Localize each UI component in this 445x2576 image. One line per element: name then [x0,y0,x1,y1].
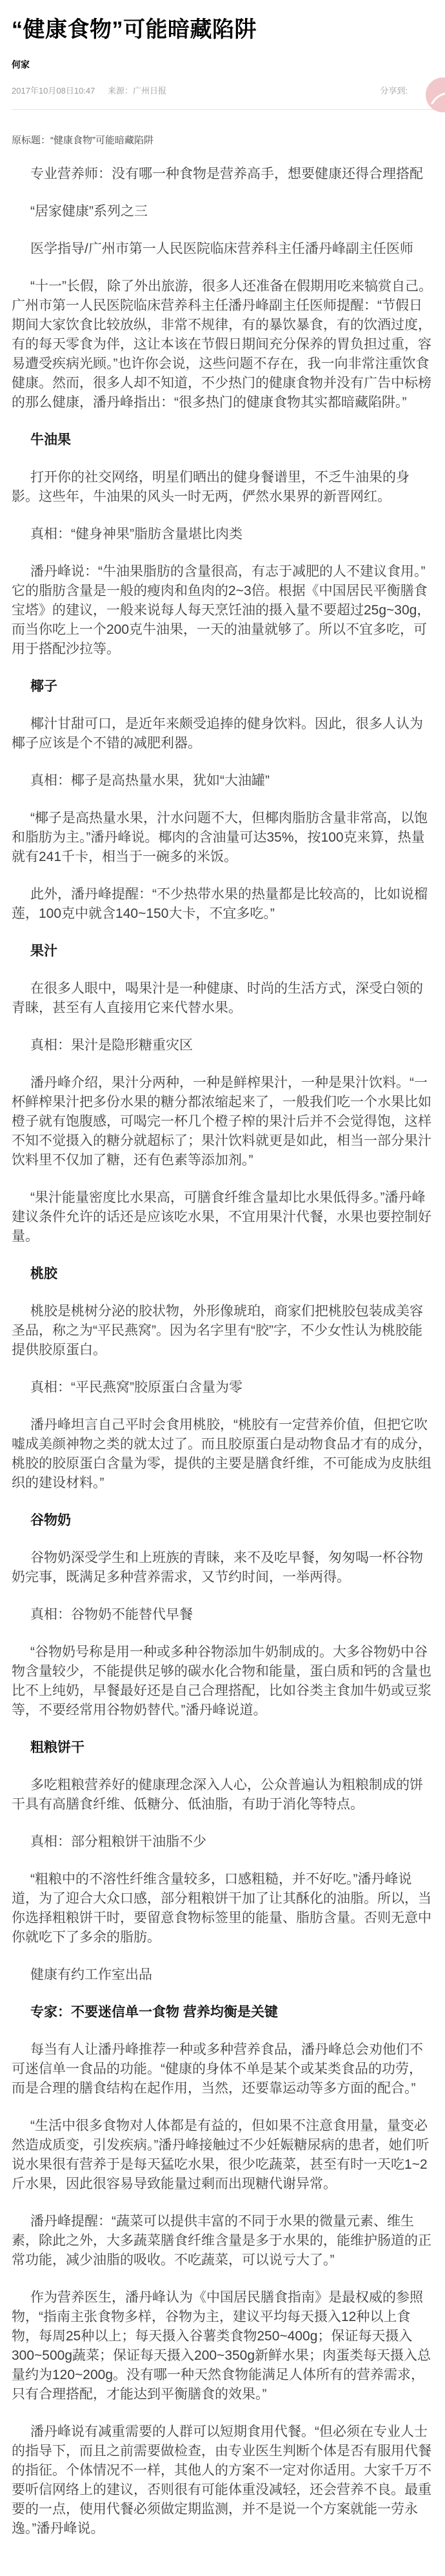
section-heading: 椰子 [12,677,435,696]
article-paragraph: 谷物奶深受学生和上班族的青睐，来不及吃早餐，匆匆喝一杯谷物奶完事，既满足多种营养… [12,1548,435,1587]
article-paragraph: 真相：椰子是高热量水果，犹如“大油罐” [12,771,435,791]
share-weibo-icon[interactable] [426,77,445,112]
article-paragraph: 桃胶是桃树分泌的胶状物，外形像琥珀，商家们把桃胶包装成美容圣品，称之为“平民燕窝… [12,1302,435,1360]
share-to-label: 分享到: [380,84,408,96]
article-paragraph: 真相：谷物奶不能替代早餐 [12,1605,435,1625]
article-paragraph: 潘丹峰说：“牛油果脂肪的含量很高，有志于减肥的人不建议食用。”它的脂肪含量是一般… [12,562,435,659]
article-paragraph: 作为营养医生，潘丹峰认为《中国居民膳食指南》是最权威的参照物，“指南主张食物多样… [12,2288,435,2404]
author-name: 何家 [12,58,435,71]
article-paragraph: 多吃粗粮营养好的健康理念深入人心，公众普遍认为粗粮制成的饼干具有高膳食纤维、低糖… [12,1776,435,1814]
article-paragraph: “居家健康”系列之三 [12,202,435,221]
article-paragraph: 医学指导/广州市第一人民医院临床营养科主任潘丹峰副主任医师 [12,239,435,259]
article-paragraph: 专业营养师：没有哪一种食物是营养高手，想要健康还得合理搭配 [12,165,435,184]
article-paragraph: 此外，潘丹峰提醒：“不少热带水果的热量都是比较高的，比如说榴莲，100克中就含1… [12,885,435,924]
article-paragraph: 潘丹峰说有减重需要的人群可以短期食用代餐。“但必须在专业人士的指导下，而且之前需… [12,2422,435,2539]
article-paragraph: 真相：果汁是隐形糖重灾区 [12,1036,435,1055]
source-label: 来源：广州日报 [108,86,166,96]
section-heading: 桃胶 [12,1264,435,1284]
article-paragraph: “十一”长假，除了外出旅游，很多人还准备在假期用吃来犒赏自己。广州市第一人民医院… [12,277,435,412]
page-title: “健康食物”可能暗藏陷阱 [12,0,435,44]
publish-date: 2017年10月08日10:47 [12,86,95,96]
meta-row: 2017年10月08日10:47 来源：广州日报 分享到: [12,84,435,96]
article-paragraph: “生活中很多食物对人体都是有益的，但如果不注意食用量，量变必然造成质变，引发疾病… [12,2116,435,2194]
section-heading: 谷物奶 [12,1511,435,1530]
original-title: 原标题：“健康食物”可能暗藏陷阱 [12,133,435,147]
section-heading: 果汁 [12,942,435,961]
article-paragraph: 在很多人眼中，喝果汁是一种健康、时尚的生活方式，深受白领的青睐，甚至有人直接用它… [12,979,435,1018]
article-paragraph: 潘丹峰提醒：“蔬菜可以提供丰富的不同于水果的微量元素、维生素，除此之外，大多蔬菜… [12,2212,435,2270]
article-paragraph: 每当有人让潘丹峰推荐一种或多种营养食品，潘丹峰总会劝他们不可迷信单一食品的功能。… [12,2040,435,2098]
article-paragraph: 真相：部分粗粮饼干油脂不少 [12,1832,435,1852]
article-paragraph: 潘丹峰坦言自己平时会食用桃胶，“桃胶有一定营养价值，但把它吹嘘成美颜神物之类的就… [12,1415,435,1493]
article-paragraph: 真相：“平民燕窝”胶原蛋白含量为零 [12,1378,435,1397]
header-divider [12,109,435,110]
article-paragraph: 潘丹峰介绍，果汁分两种，一种是鲜榨果汁，一种是果汁饮料。“一杯鲜榨果汁把多份水果… [12,1073,435,1170]
article-paragraph: “果汁能量密度比水果高，可膳食纤维含量却比水果低得多。”潘丹峰建议条件允许的话还… [12,1188,435,1246]
article-paragraph: 打开你的社交网络，明星们晒出的健身餐谱里，不乏牛油果的身影。这些年，牛油果的风头… [12,468,435,507]
article-paragraph: 健康有约工作室出品 [12,1965,435,1985]
article-paragraph: “椰子是高热量水果，汁水问题不大，但椰肉脂肪含量非常高，以饱和脂肪为主。”潘丹峰… [12,809,435,867]
share-icon-glyph [426,77,445,112]
meta-left: 2017年10月08日10:47 来源：广州日报 [12,84,166,96]
section-heading: 粗粮饼干 [12,1738,435,1758]
article-paragraph: “粗粮中的不溶性纤维含量较多，口感粗糙，并不好吃。”潘丹峰说道，为了迎合大众口感… [12,1870,435,1947]
article-page: “健康食物”可能暗藏陷阱 何家 2017年10月08日10:47 来源：广州日报… [0,0,445,2576]
article-body: 专业营养师：没有哪一种食物是营养高手，想要健康还得合理搭配“居家健康”系列之三医… [12,165,435,2539]
article-paragraph: “谷物奶号称是用一种或多种谷物添加牛奶制成的。大多谷物奶中谷物含量较少，不能提供… [12,1643,435,1720]
section-heading: 专家：不要迷信单一食物 营养均衡是关键 [12,2003,435,2022]
article-paragraph: 椰汁甘甜可口，是近年来颇受追捧的健身饮料。因此，很多人认为椰子应该是个不错的减肥… [12,715,435,753]
article-paragraph: 真相：“健身神果”脂肪含量堪比肉类 [12,525,435,544]
section-heading: 牛油果 [12,431,435,450]
